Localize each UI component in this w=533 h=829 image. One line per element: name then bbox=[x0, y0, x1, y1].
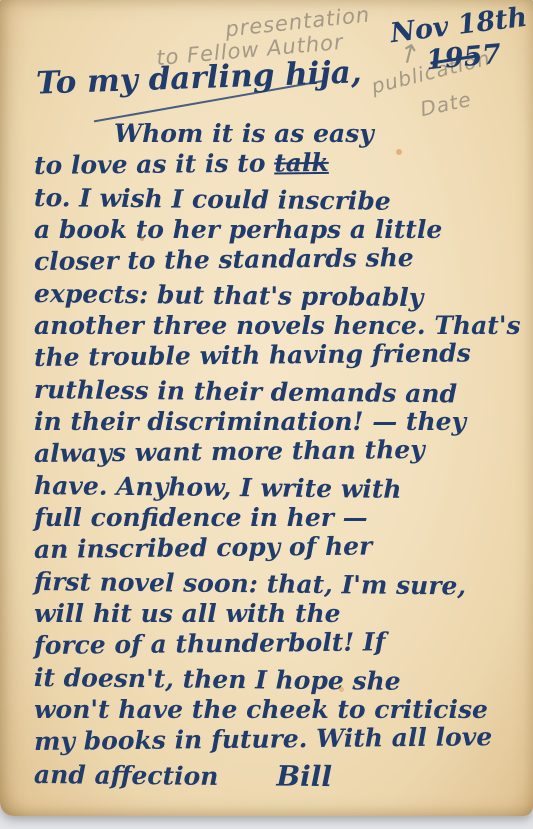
letter-line: to. I wish I could inscribe bbox=[34, 182, 520, 219]
signature: Bill bbox=[276, 760, 332, 794]
closing-text: and affection bbox=[34, 760, 219, 791]
letter-line: to love as it is to talk bbox=[34, 145, 520, 182]
letter-line: first novel soon: that, I'm sure, bbox=[34, 566, 520, 603]
letter-line: ruthless in their demands and bbox=[34, 374, 520, 411]
letter-line: closer to the standards she bbox=[34, 241, 520, 278]
letter-line: the trouble with having friends bbox=[34, 337, 520, 374]
letter-line: expects: but that's probably bbox=[34, 278, 520, 315]
letter-line: my books in future. With all love bbox=[34, 721, 520, 758]
letter-line: always want more than they bbox=[34, 433, 520, 470]
scan-background: { "page": { "background_color": "#e2e4e7… bbox=[0, 0, 533, 829]
closing-line: and affectionBill bbox=[34, 758, 520, 796]
line-text: to love as it is to bbox=[34, 148, 274, 180]
letter-line: have. Anyhow, I write with bbox=[34, 470, 520, 507]
paper-speck bbox=[140, 237, 144, 241]
paper-speck bbox=[339, 687, 344, 692]
letter-body: Whom it is as easy to love as it is to t… bbox=[34, 118, 520, 791]
letter-line: force of a thunderbolt! If bbox=[34, 625, 520, 662]
letter-line: an inscribed copy of her bbox=[34, 529, 520, 566]
emphasized-word: talk bbox=[274, 148, 329, 178]
paper-speck bbox=[396, 149, 402, 155]
letter-line: it doesn't, then I hope she bbox=[34, 662, 520, 699]
